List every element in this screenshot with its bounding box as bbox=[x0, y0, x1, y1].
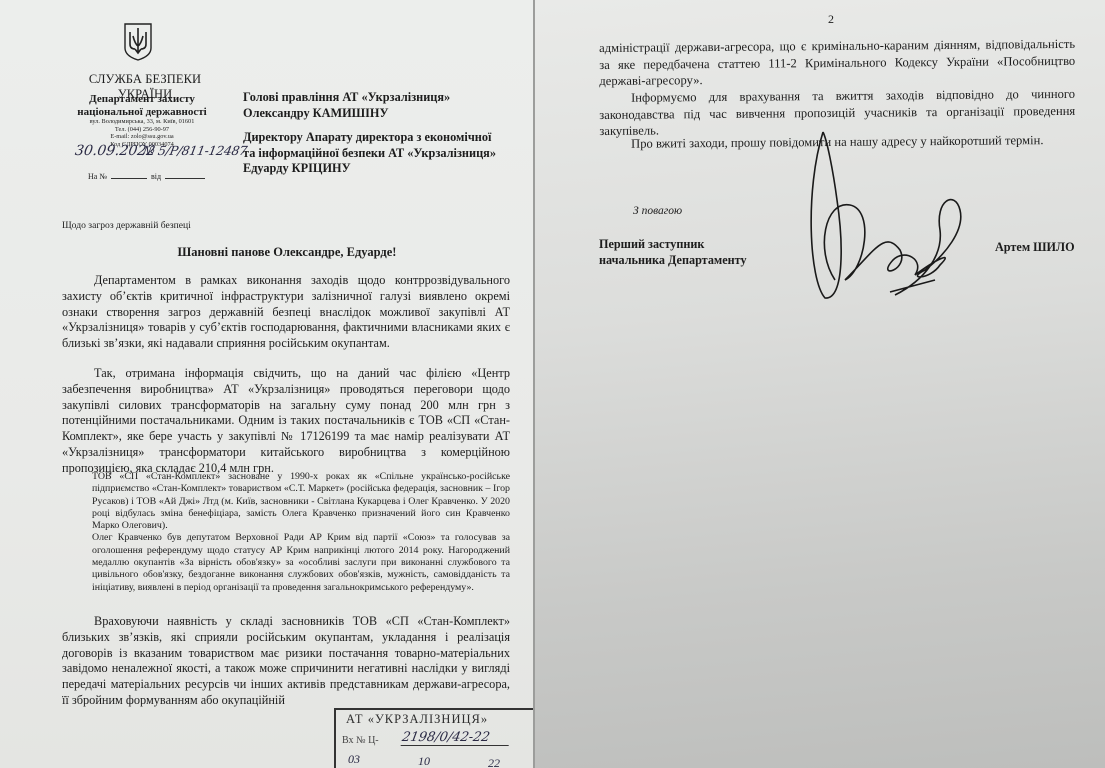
signer-position: Перший заступник начальника Департаменту bbox=[599, 236, 747, 268]
signer-name: Артем ШИЛО bbox=[995, 240, 1075, 255]
incoming-stamp: АТ «УКРЗАЛІЗНИЦЯ» Вх № Ц- 2198/0/42-22 0… bbox=[334, 708, 533, 768]
trident-crest-icon bbox=[123, 22, 153, 62]
addressee-1: Голові правління АТ «Укрзалізниця» Олекс… bbox=[243, 90, 533, 121]
letter-subject: Щодо загроз державній безпеці bbox=[62, 220, 191, 231]
closing: З повагою bbox=[633, 205, 682, 217]
registration-number: № 5/Р/811-12487 bbox=[142, 143, 249, 158]
paragraph-2: Так, отримана інформація свідчить, що на… bbox=[62, 366, 510, 477]
department-name: Департамент захисту національної державн… bbox=[62, 93, 222, 119]
footnote-block: ТОВ «СП «Стан-Комплект» засноване у 1990… bbox=[92, 471, 510, 594]
addressee-2: Директору Апарату директора з економічно… bbox=[243, 130, 533, 177]
salutation: Шановні панове Олександре, Едуарде! bbox=[62, 245, 512, 260]
page-number: 2 bbox=[828, 12, 834, 27]
reference-line: На №від bbox=[88, 172, 205, 181]
letter-page-1: СЛУЖБА БЕЗПЕКИ УКРАЇНИ Департамент захис… bbox=[0, 0, 533, 768]
letter-page-2: 2 адміністрації держави-агресора, що є к… bbox=[535, 0, 1105, 768]
addressees: Голові правління АТ «Укрзалізниця» Олекс… bbox=[243, 90, 533, 177]
signature-icon bbox=[805, 130, 985, 310]
paragraph-1: Департаментом в рамках виконання заходів… bbox=[62, 273, 510, 352]
page2-paragraph-1: адміністрації держави-агресора, що є кри… bbox=[599, 36, 1075, 90]
paragraph-3: Враховуючи наявність у складі засновникі… bbox=[62, 614, 510, 709]
